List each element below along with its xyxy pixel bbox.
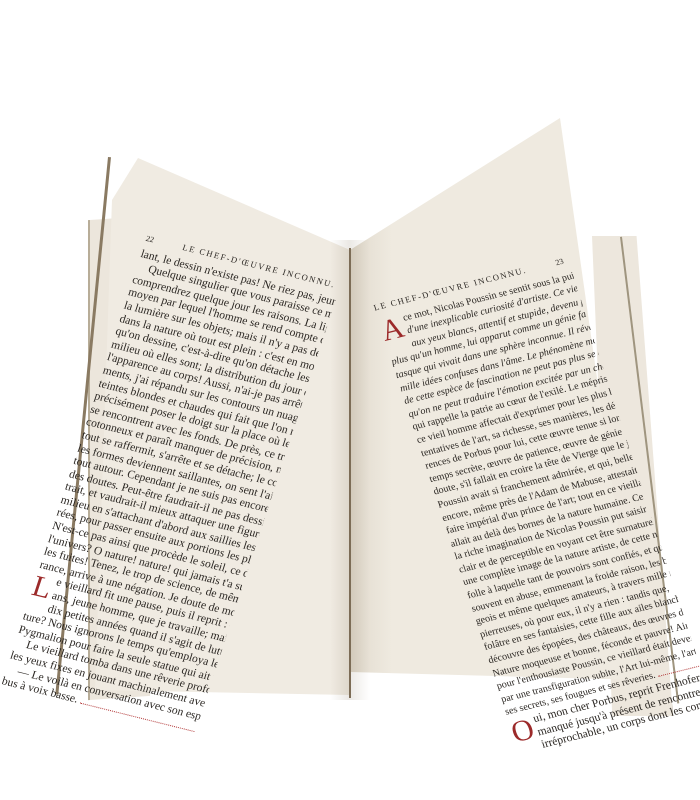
right-page-number: 23 <box>554 257 565 268</box>
left-page-number: 22 <box>145 234 156 245</box>
open-book-photo: 22 LE CHEF-D'ŒUVRE INCONNU. lant, le des… <box>0 0 700 800</box>
book-gutter <box>349 248 351 698</box>
